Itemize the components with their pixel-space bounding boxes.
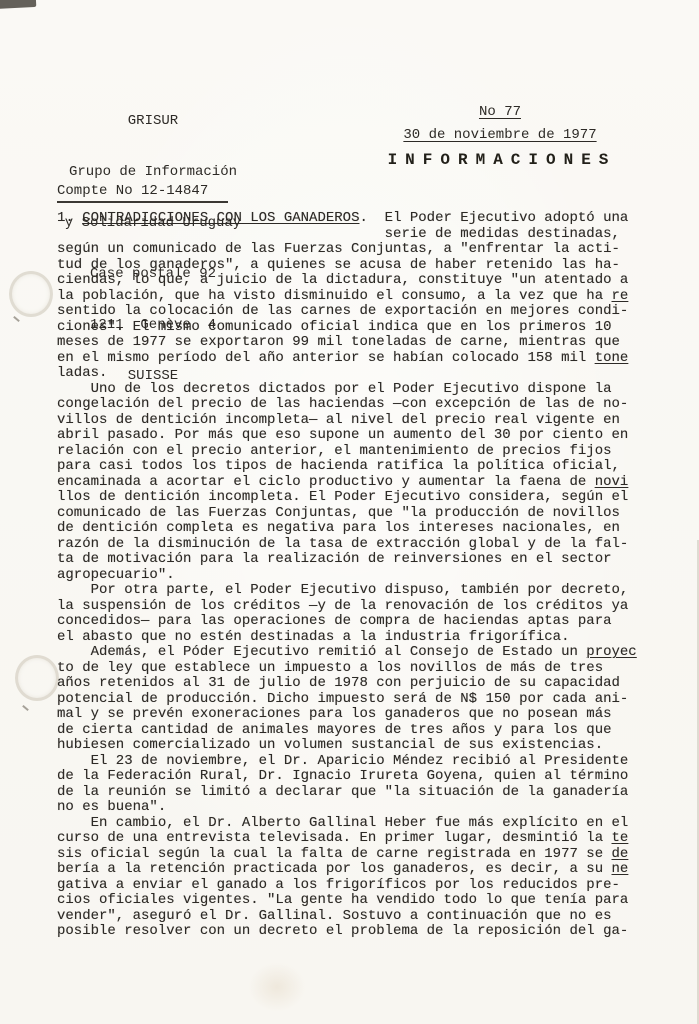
article-line: villos de dentición incompleta— al nivel… xyxy=(57,413,657,429)
article-line: según un comunicado de las Fuerzas Conju… xyxy=(57,242,657,258)
article-line: meses de 1977 se exportaron 99 mil tonel… xyxy=(57,335,657,351)
scan-corner-mark xyxy=(0,0,36,9)
article-line: Uno de los decretos dictados por el Pode… xyxy=(57,382,657,398)
header-rule xyxy=(57,201,228,203)
article-line: ciendas, lo que, a juicio de la dictadur… xyxy=(57,273,657,289)
article-line: ta de motivación para la realización de … xyxy=(57,552,657,568)
article-line: de cierta cantidad de animales mayores d… xyxy=(57,723,657,739)
article-line: llos de dentición incompleta. El Poder E… xyxy=(57,490,657,506)
article-line: potencial de producción. Dicho impuesto … xyxy=(57,692,657,708)
article-line: bería a la retención practicada por los … xyxy=(57,862,657,878)
newsletter-title: INFORMACIONES xyxy=(386,151,618,169)
hole-punch xyxy=(15,655,59,701)
article-line: posible resolver con un decreto el probl… xyxy=(57,924,657,940)
article-line: en el mismo período del año anterior se … xyxy=(57,351,657,367)
account-number: Compte No 12-14847 xyxy=(57,183,208,199)
article-line: de la reunión se limitó a declarar que "… xyxy=(57,785,657,801)
article-line: para casi todos los tipos de hacienda ra… xyxy=(57,459,657,475)
article-line: Por otra parte, el Poder Ejecutivo dispu… xyxy=(57,583,657,599)
scan-speck xyxy=(22,705,29,711)
article-line: abril pasado. Por más que eso supone un … xyxy=(57,428,657,444)
hole-punch xyxy=(9,271,53,317)
article-line: En cambio, el Dr. Alberto Gallinal Heber… xyxy=(57,816,657,832)
article-line: razón de la disminución de la tasa de ex… xyxy=(57,537,657,553)
article-line: serie de medidas destinadas, xyxy=(57,227,657,243)
article-line: de dentición completa es negativa para l… xyxy=(57,521,657,537)
article-line: hubiesen comercializado un volumen susta… xyxy=(57,738,657,754)
article-line: El 23 de noviembre, el Dr. Aparicio Ménd… xyxy=(57,754,657,770)
article-line: encaminada a acortar el ciclo productivo… xyxy=(57,475,657,491)
article-line: concedidos— para las operaciones de comp… xyxy=(57,614,657,630)
article-line: mal y se prevén exoneraciones para los g… xyxy=(57,707,657,723)
article-line: de la Federación Rural, Dr. Ignacio Irur… xyxy=(57,769,657,785)
article-line: ciones". El mismo comunicado oficial ind… xyxy=(57,320,657,336)
article-line: Además, el Póder Ejecutivo remitió al Co… xyxy=(57,645,657,661)
article-line: agropecuario". xyxy=(57,568,657,584)
article-line: ladas. xyxy=(57,366,657,382)
article-line: curso de una entrevista televisada. En p… xyxy=(57,831,657,847)
organization-line: Grupo de Información xyxy=(57,164,249,181)
issue-block: No 77 30 de noviembre de 1977 INFORMACIO… xyxy=(382,102,618,169)
issue-date: 30 de noviembre de 1977 xyxy=(382,127,618,144)
article-line: 1. CONTRADICCIONES CON LOS GANADEROS. El… xyxy=(57,211,657,227)
article-line: comunicado de las Fuerzas Conjuntas, que… xyxy=(57,506,657,522)
article-line: sis oficial según la cual la falta de ca… xyxy=(57,847,657,863)
article-line: gativa a enviar el ganado a los frigoríf… xyxy=(57,878,657,894)
article-line: relación con el precio anterior, el mant… xyxy=(57,444,657,460)
article-line: to de ley que establece un impuesto a lo… xyxy=(57,661,657,677)
issue-number: No 77 xyxy=(479,104,521,121)
scan-speck xyxy=(13,316,20,322)
article-line: el abasto que no estén destinadas a la i… xyxy=(57,630,657,646)
organization-name: GRISUR xyxy=(57,113,249,130)
scanned-page: GRISUR Grupo de Información y Solidarida… xyxy=(0,0,699,1024)
article-line: vender", aseguró el Dr. Gallinal. Sostuv… xyxy=(57,909,657,925)
article-line: la población, que ha visto disminuido el… xyxy=(57,289,657,305)
article-line: años retenidos al 31 de julio de 1978 co… xyxy=(57,676,657,692)
article-line: cios oficiales vigentes. "La gente ha ve… xyxy=(57,893,657,909)
article-line: congelación del precio de las haciendas … xyxy=(57,397,657,413)
article-line: no es buena". xyxy=(57,800,657,816)
article-line: tud de los ganaderos", a quienes se acus… xyxy=(57,258,657,274)
article-line: la suspensión de los créditos —y de la r… xyxy=(57,599,657,615)
scan-smudge xyxy=(248,962,306,1012)
article-body: 1. CONTRADICCIONES CON LOS GANADEROS. El… xyxy=(57,211,657,940)
article-line: sentido la colocación de las carnes de e… xyxy=(57,304,657,320)
